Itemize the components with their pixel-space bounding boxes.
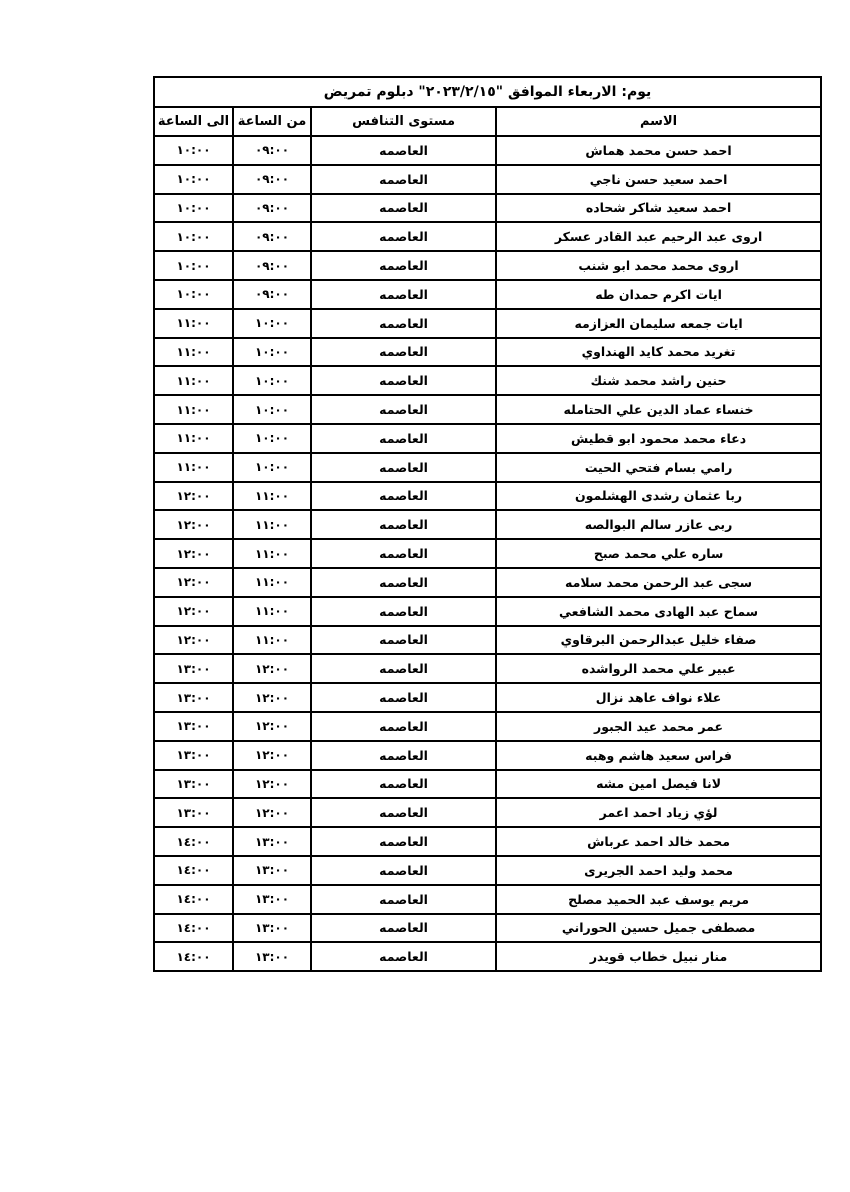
level-cell: العاصمه bbox=[311, 309, 496, 338]
name-cell: محمد خالد احمد عرباش bbox=[496, 827, 821, 856]
table-row: ايات اكرم حمدان طه العاصمه ٠٩:٠٠ ١٠:٠٠ bbox=[154, 280, 821, 309]
table-row: رامي بسام فتحي الحيت العاصمه ١٠:٠٠ ١١:٠٠ bbox=[154, 453, 821, 482]
level-cell: العاصمه bbox=[311, 741, 496, 770]
table-row: لؤي زياد احمد اعمر العاصمه ١٢:٠٠ ١٣:٠٠ bbox=[154, 798, 821, 827]
from-hour-cell: ١٢:٠٠ bbox=[233, 683, 311, 712]
from-hour-cell: ١١:٠٠ bbox=[233, 539, 311, 568]
table-row: ساره علي محمد صبح العاصمه ١١:٠٠ ١٢:٠٠ bbox=[154, 539, 821, 568]
from-hour-cell: ٠٩:٠٠ bbox=[233, 165, 311, 194]
from-hour-cell: ٠٩:٠٠ bbox=[233, 136, 311, 165]
from-hour-cell: ١٣:٠٠ bbox=[233, 885, 311, 914]
to-hour-cell: ١٤:٠٠ bbox=[154, 885, 233, 914]
to-hour-cell: ١٢:٠٠ bbox=[154, 539, 233, 568]
to-hour-cell: ١٣:٠٠ bbox=[154, 683, 233, 712]
from-hour-cell: ١٠:٠٠ bbox=[233, 338, 311, 367]
level-cell: العاصمه bbox=[311, 338, 496, 367]
from-hour-cell: ١٣:٠٠ bbox=[233, 827, 311, 856]
name-cell: رامي بسام فتحي الحيت bbox=[496, 453, 821, 482]
from-hour-cell: ١٠:٠٠ bbox=[233, 309, 311, 338]
from-hour-cell: ١١:٠٠ bbox=[233, 482, 311, 511]
to-hour-cell: ١٣:٠٠ bbox=[154, 712, 233, 741]
level-cell: العاصمه bbox=[311, 942, 496, 971]
name-cell: عبير علي محمد الرواشده bbox=[496, 654, 821, 683]
level-cell: العاصمه bbox=[311, 280, 496, 309]
level-cell: العاصمه bbox=[311, 798, 496, 827]
from-hour-cell: ١٢:٠٠ bbox=[233, 654, 311, 683]
name-cell: خنساء عماد الدين علي الحتامله bbox=[496, 395, 821, 424]
name-cell: ايات اكرم حمدان طه bbox=[496, 280, 821, 309]
name-cell: حنين راشد محمد شنك bbox=[496, 366, 821, 395]
to-hour-cell: ١٢:٠٠ bbox=[154, 482, 233, 511]
table-row: ربى عازر سالم البوالصه العاصمه ١١:٠٠ ١٢:… bbox=[154, 510, 821, 539]
level-cell: العاصمه bbox=[311, 626, 496, 655]
table-row: اروى محمد محمد ابو شنب العاصمه ٠٩:٠٠ ١٠:… bbox=[154, 251, 821, 280]
to-hour-cell: ١٤:٠٠ bbox=[154, 942, 233, 971]
to-hour-cell: ١٤:٠٠ bbox=[154, 827, 233, 856]
level-cell: العاصمه bbox=[311, 568, 496, 597]
from-hour-cell: ١٣:٠٠ bbox=[233, 856, 311, 885]
name-cell: اروى عبد الرحيم عبد القادر عسكر bbox=[496, 222, 821, 251]
table-row: صفاء خليل عبدالرحمن البرقاوي العاصمه ١١:… bbox=[154, 626, 821, 655]
column-header-name: الاسم bbox=[496, 107, 821, 136]
to-hour-cell: ١١:٠٠ bbox=[154, 309, 233, 338]
table-row: احمد حسن محمد هماش العاصمه ٠٩:٠٠ ١٠:٠٠ bbox=[154, 136, 821, 165]
name-cell: احمد حسن محمد هماش bbox=[496, 136, 821, 165]
table-title: يوم: الاربعاء الموافق "٢٠٢٣/٢/١٥" دبلوم … bbox=[154, 77, 821, 107]
level-cell: العاصمه bbox=[311, 712, 496, 741]
level-cell: العاصمه bbox=[311, 597, 496, 626]
schedule-table-body: احمد حسن محمد هماش العاصمه ٠٩:٠٠ ١٠:٠٠ ا… bbox=[154, 136, 821, 971]
table-row: سجى عبد الرحمن محمد سلامه العاصمه ١١:٠٠ … bbox=[154, 568, 821, 597]
from-hour-cell: ١٢:٠٠ bbox=[233, 798, 311, 827]
from-hour-cell: ٠٩:٠٠ bbox=[233, 194, 311, 223]
from-hour-cell: ٠٩:٠٠ bbox=[233, 222, 311, 251]
name-cell: ايات جمعه سليمان العزازمه bbox=[496, 309, 821, 338]
level-cell: العاصمه bbox=[311, 683, 496, 712]
table-row: مصطفى جميل حسين الحوراني العاصمه ١٣:٠٠ ١… bbox=[154, 914, 821, 943]
level-cell: العاصمه bbox=[311, 165, 496, 194]
to-hour-cell: ١٢:٠٠ bbox=[154, 626, 233, 655]
table-row: فراس سعيد هاشم وهبه العاصمه ١٢:٠٠ ١٣:٠٠ bbox=[154, 741, 821, 770]
name-cell: تغريد محمد كايد الهنداوي bbox=[496, 338, 821, 367]
document-page: يوم: الاربعاء الموافق "٢٠٢٣/٢/١٥" دبلوم … bbox=[0, 0, 850, 1192]
level-cell: العاصمه bbox=[311, 453, 496, 482]
to-hour-cell: ١٣:٠٠ bbox=[154, 770, 233, 799]
table-header-row: الاسم مستوى التنافس من الساعة الى الساعة bbox=[154, 107, 821, 136]
table-row: دعاء محمد محمود ابو قطيش العاصمه ١٠:٠٠ ١… bbox=[154, 424, 821, 453]
to-hour-cell: ١٢:٠٠ bbox=[154, 510, 233, 539]
to-hour-cell: ١١:٠٠ bbox=[154, 338, 233, 367]
name-cell: عمر محمد عيد الجبور bbox=[496, 712, 821, 741]
name-cell: اروى محمد محمد ابو شنب bbox=[496, 251, 821, 280]
level-cell: العاصمه bbox=[311, 827, 496, 856]
level-cell: العاصمه bbox=[311, 654, 496, 683]
table-row: ايات جمعه سليمان العزازمه العاصمه ١٠:٠٠ … bbox=[154, 309, 821, 338]
level-cell: العاصمه bbox=[311, 539, 496, 568]
name-cell: مريم يوسف عبد الحميد مصلح bbox=[496, 885, 821, 914]
table-row: سماح عبد الهادى محمد الشافعي العاصمه ١١:… bbox=[154, 597, 821, 626]
from-hour-cell: ٠٩:٠٠ bbox=[233, 280, 311, 309]
from-hour-cell: ١١:٠٠ bbox=[233, 510, 311, 539]
name-cell: محمد وليد احمد الجريرى bbox=[496, 856, 821, 885]
table-row: احمد سعيد حسن ناجي العاصمه ٠٩:٠٠ ١٠:٠٠ bbox=[154, 165, 821, 194]
table-row: منار نبيل خطاب قويدر العاصمه ١٣:٠٠ ١٤:٠٠ bbox=[154, 942, 821, 971]
name-cell: دعاء محمد محمود ابو قطيش bbox=[496, 424, 821, 453]
from-hour-cell: ١٣:٠٠ bbox=[233, 914, 311, 943]
to-hour-cell: ١٠:٠٠ bbox=[154, 136, 233, 165]
from-hour-cell: ٠٩:٠٠ bbox=[233, 251, 311, 280]
from-hour-cell: ١٠:٠٠ bbox=[233, 366, 311, 395]
table-row: حنين راشد محمد شنك العاصمه ١٠:٠٠ ١١:٠٠ bbox=[154, 366, 821, 395]
table-row: احمد سعيد شاكر شحاده العاصمه ٠٩:٠٠ ١٠:٠٠ bbox=[154, 194, 821, 223]
table-row: علاء نواف عاهد نزال العاصمه ١٢:٠٠ ١٣:٠٠ bbox=[154, 683, 821, 712]
column-header-to-hour: الى الساعة bbox=[154, 107, 233, 136]
level-cell: العاصمه bbox=[311, 885, 496, 914]
level-cell: العاصمه bbox=[311, 914, 496, 943]
name-cell: صفاء خليل عبدالرحمن البرقاوي bbox=[496, 626, 821, 655]
name-cell: علاء نواف عاهد نزال bbox=[496, 683, 821, 712]
to-hour-cell: ١٠:٠٠ bbox=[154, 280, 233, 309]
schedule-table: يوم: الاربعاء الموافق "٢٠٢٣/٢/١٥" دبلوم … bbox=[153, 76, 822, 972]
name-cell: فراس سعيد هاشم وهبه bbox=[496, 741, 821, 770]
table-row: عبير علي محمد الرواشده العاصمه ١٢:٠٠ ١٣:… bbox=[154, 654, 821, 683]
to-hour-cell: ١٠:٠٠ bbox=[154, 251, 233, 280]
name-cell: لؤي زياد احمد اعمر bbox=[496, 798, 821, 827]
table-row: ربا عثمان رشدى الهشلمون العاصمه ١١:٠٠ ١٢… bbox=[154, 482, 821, 511]
level-cell: العاصمه bbox=[311, 424, 496, 453]
name-cell: احمد سعيد شاكر شحاده bbox=[496, 194, 821, 223]
to-hour-cell: ١١:٠٠ bbox=[154, 366, 233, 395]
to-hour-cell: ١١:٠٠ bbox=[154, 453, 233, 482]
table-title-row: يوم: الاربعاء الموافق "٢٠٢٣/٢/١٥" دبلوم … bbox=[154, 77, 821, 107]
from-hour-cell: ١٣:٠٠ bbox=[233, 942, 311, 971]
to-hour-cell: ١١:٠٠ bbox=[154, 424, 233, 453]
level-cell: العاصمه bbox=[311, 194, 496, 223]
name-cell: مصطفى جميل حسين الحوراني bbox=[496, 914, 821, 943]
name-cell: ربا عثمان رشدى الهشلمون bbox=[496, 482, 821, 511]
level-cell: العاصمه bbox=[311, 482, 496, 511]
level-cell: العاصمه bbox=[311, 222, 496, 251]
table-row: تغريد محمد كايد الهنداوي العاصمه ١٠:٠٠ ١… bbox=[154, 338, 821, 367]
to-hour-cell: ١٣:٠٠ bbox=[154, 798, 233, 827]
name-cell: سماح عبد الهادى محمد الشافعي bbox=[496, 597, 821, 626]
to-hour-cell: ١٢:٠٠ bbox=[154, 568, 233, 597]
from-hour-cell: ١٠:٠٠ bbox=[233, 424, 311, 453]
to-hour-cell: ١٢:٠٠ bbox=[154, 597, 233, 626]
to-hour-cell: ١٤:٠٠ bbox=[154, 856, 233, 885]
table-row: عمر محمد عيد الجبور العاصمه ١٢:٠٠ ١٣:٠٠ bbox=[154, 712, 821, 741]
to-hour-cell: ١٠:٠٠ bbox=[154, 194, 233, 223]
column-header-from-hour: من الساعة bbox=[233, 107, 311, 136]
level-cell: العاصمه bbox=[311, 366, 496, 395]
from-hour-cell: ١٢:٠٠ bbox=[233, 770, 311, 799]
name-cell: ساره علي محمد صبح bbox=[496, 539, 821, 568]
level-cell: العاصمه bbox=[311, 395, 496, 424]
name-cell: لانا فيصل امين مشه bbox=[496, 770, 821, 799]
from-hour-cell: ١٠:٠٠ bbox=[233, 395, 311, 424]
to-hour-cell: ١٣:٠٠ bbox=[154, 654, 233, 683]
from-hour-cell: ١١:٠٠ bbox=[233, 568, 311, 597]
from-hour-cell: ١٠:٠٠ bbox=[233, 453, 311, 482]
name-cell: منار نبيل خطاب قويدر bbox=[496, 942, 821, 971]
from-hour-cell: ١١:٠٠ bbox=[233, 597, 311, 626]
level-cell: العاصمه bbox=[311, 136, 496, 165]
table-row: لانا فيصل امين مشه العاصمه ١٢:٠٠ ١٣:٠٠ bbox=[154, 770, 821, 799]
to-hour-cell: ١٤:٠٠ bbox=[154, 914, 233, 943]
to-hour-cell: ١٠:٠٠ bbox=[154, 222, 233, 251]
name-cell: احمد سعيد حسن ناجي bbox=[496, 165, 821, 194]
to-hour-cell: ١١:٠٠ bbox=[154, 395, 233, 424]
name-cell: سجى عبد الرحمن محمد سلامه bbox=[496, 568, 821, 597]
table-row: خنساء عماد الدين علي الحتامله العاصمه ١٠… bbox=[154, 395, 821, 424]
table-row: محمد خالد احمد عرباش العاصمه ١٣:٠٠ ١٤:٠٠ bbox=[154, 827, 821, 856]
to-hour-cell: ١٠:٠٠ bbox=[154, 165, 233, 194]
level-cell: العاصمه bbox=[311, 251, 496, 280]
name-cell: ربى عازر سالم البوالصه bbox=[496, 510, 821, 539]
column-header-competition-level: مستوى التنافس bbox=[311, 107, 496, 136]
level-cell: العاصمه bbox=[311, 770, 496, 799]
level-cell: العاصمه bbox=[311, 510, 496, 539]
level-cell: العاصمه bbox=[311, 856, 496, 885]
from-hour-cell: ١٢:٠٠ bbox=[233, 712, 311, 741]
table-row: محمد وليد احمد الجريرى العاصمه ١٣:٠٠ ١٤:… bbox=[154, 856, 821, 885]
from-hour-cell: ١٢:٠٠ bbox=[233, 741, 311, 770]
from-hour-cell: ١١:٠٠ bbox=[233, 626, 311, 655]
table-row: مريم يوسف عبد الحميد مصلح العاصمه ١٣:٠٠ … bbox=[154, 885, 821, 914]
to-hour-cell: ١٣:٠٠ bbox=[154, 741, 233, 770]
table-row: اروى عبد الرحيم عبد القادر عسكر العاصمه … bbox=[154, 222, 821, 251]
